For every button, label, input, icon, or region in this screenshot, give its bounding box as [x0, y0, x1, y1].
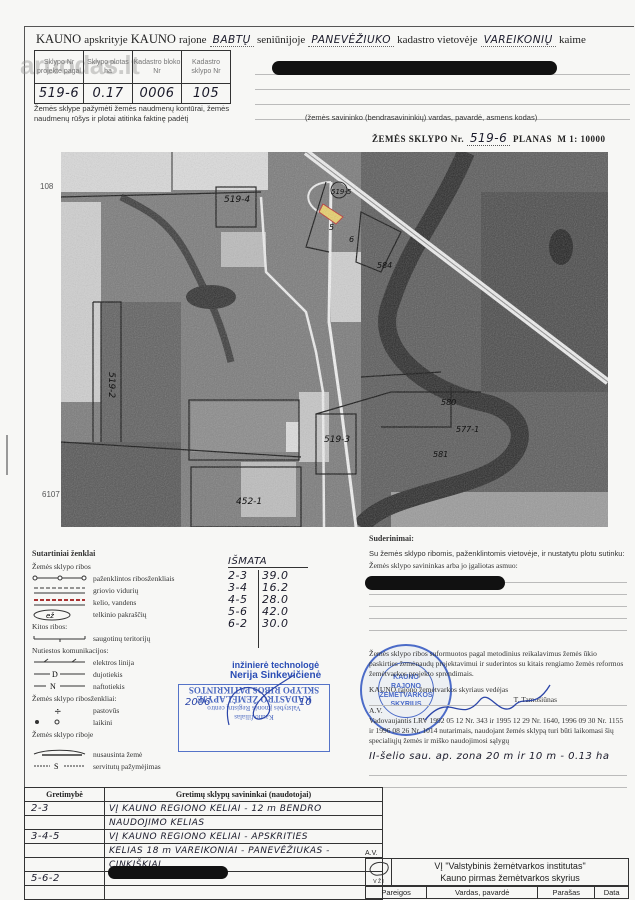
- owner-approval-redaction: [365, 576, 505, 590]
- owner-caption: (žemės savininko (bendrasavininkių) vard…: [305, 113, 537, 122]
- svg-text:584: 584: [377, 261, 392, 270]
- svg-text:ež: ež: [46, 612, 54, 620]
- svg-text:5: 5: [329, 223, 334, 232]
- power-line-icon: [32, 657, 87, 667]
- table-row: 2-3VĮ KAUNO REGIONO KELIAI - 12 m BENDRO: [25, 802, 383, 816]
- plan-number: 519-6: [467, 131, 510, 146]
- measurements-table: IŠMATA 2-339.0 3-416.2 4-528.0 5-642.0 6…: [228, 556, 308, 648]
- boundary-marker-line-icon: [32, 573, 87, 583]
- legend-item-road-water: kelio, vandens: [32, 596, 232, 608]
- location-header: KAUNO apskrityje KAUNO rajone BABTŲ seni…: [36, 32, 631, 47]
- neighbors-table: Gretimybė Gretimų sklypų savininkai (nau…: [24, 787, 383, 900]
- engineer-signature: [219, 665, 309, 745]
- legend-item-marked-boundary: paženklintos ribosženkliais: [32, 572, 232, 584]
- svg-text:÷: ÷: [54, 707, 62, 715]
- svg-text:6: 6: [349, 235, 354, 244]
- svg-text:452-1: 452-1: [236, 497, 262, 507]
- legend-item-gas: D dujotiekis: [32, 668, 232, 680]
- stamp-year: 2006: [185, 697, 210, 708]
- registry-stamp: Kauno filialas Valstybės įmonės Registrų…: [178, 684, 330, 752]
- svg-text:519-4: 519-4: [224, 195, 250, 205]
- oil-pipeline-icon: N: [32, 681, 87, 691]
- legend-item-protected: saugotinų teritorijų: [32, 632, 232, 644]
- owner-redaction: [272, 61, 557, 75]
- svg-text:519-2: 519-2: [106, 372, 116, 398]
- gas-pipeline-icon: D: [32, 669, 87, 679]
- handwritten-conditions: II-šelio sau. ap. zona 20 m ir 10 m - 0.…: [369, 750, 627, 764]
- village-value: VAREIKONIŲ: [481, 34, 556, 47]
- ditch-line-icon: [32, 585, 87, 595]
- eldership-value: BABTŲ: [210, 34, 254, 47]
- staple-mark: [6, 435, 8, 475]
- plan-title: ŽEMĖS SKLYPO Nr. 519-6 PLANAS M 1: 10000: [372, 131, 606, 145]
- svg-text:N: N: [50, 682, 56, 691]
- legend-item-pond: ež telkinio pakraščių: [32, 608, 232, 620]
- svg-text:577-1: 577-1: [456, 425, 479, 434]
- table-row: KELIAS 18 m VAREIKONIAI - PANEVĖŽIUKAS -: [25, 844, 383, 858]
- table-row: 3-4-5VĮ KAUNO REGIONO KELIAI - APSKRITIE…: [25, 830, 383, 844]
- legend-item-servitude: S servitutų pažymėjimas: [32, 760, 232, 772]
- svg-text:S: S: [54, 762, 58, 771]
- svg-text:519-3: 519-3: [324, 435, 350, 445]
- road-water-line-icon: [32, 597, 87, 607]
- svg-text:D: D: [52, 670, 58, 679]
- cadastral-area-value: PANEVĖŽIUKO: [308, 34, 394, 47]
- institution-signature-table: Pareigos Vardas, pavardė Parašas Data: [365, 886, 629, 899]
- servitude-icon: S: [32, 761, 87, 771]
- cadastral-parcel: 105: [182, 84, 231, 104]
- aerial-photo-graphic: 519-4 519-5 519-2 519-3 580 584 581 577-…: [61, 152, 608, 527]
- institution-block: A.V. V Ž I VĮ "Valstybinis žemėtvarkos i…: [365, 850, 629, 899]
- svg-text:519-5: 519-5: [331, 188, 352, 196]
- drained-land-icon: [32, 749, 87, 759]
- cadastral-block: 0006: [133, 84, 182, 104]
- parcel-table: Sklypo Nr projekte pagal Sklypo plotas h…: [34, 50, 231, 104]
- table-row: NAUDOJIMO KELIAS: [25, 816, 383, 830]
- pond-icon: ež: [32, 609, 87, 619]
- neighbor-redaction: [108, 866, 228, 879]
- temporary-marker-icon: [32, 717, 87, 727]
- district: KAUNO: [131, 32, 176, 46]
- svg-text:580: 580: [441, 398, 456, 407]
- plan-scale: M 1: 10000: [558, 134, 606, 144]
- lithuania-map-logo-icon: V Ž I: [366, 859, 392, 885]
- svg-text:581: 581: [433, 450, 448, 459]
- legend-item-power-line: elektros linija: [32, 656, 232, 668]
- aerial-photo-map: 519-4 519-5 519-2 519-3 580 584 581 577-…: [61, 152, 608, 527]
- protected-boundary-icon: [32, 633, 87, 643]
- parcel-note: Žemės sklype pažymėti žemės naudmenų kon…: [34, 104, 254, 124]
- project-parcel-number: 519-6: [35, 84, 84, 104]
- county: KAUNO: [36, 32, 81, 46]
- approvals-section: Suderinimai: Su žemės sklypo ribomis, pa…: [369, 534, 627, 788]
- coord-top: 108: [40, 182, 53, 191]
- head-signature: [420, 680, 560, 730]
- parcel-area: 0.17: [84, 84, 133, 104]
- permanent-marker-icon: ÷: [32, 705, 87, 715]
- measurement-row: 6-230.0: [228, 618, 308, 630]
- coord-bottom: 6107: [42, 490, 60, 499]
- legend-item-ditch: griovio vidurių: [32, 584, 232, 596]
- table-row: [25, 886, 383, 900]
